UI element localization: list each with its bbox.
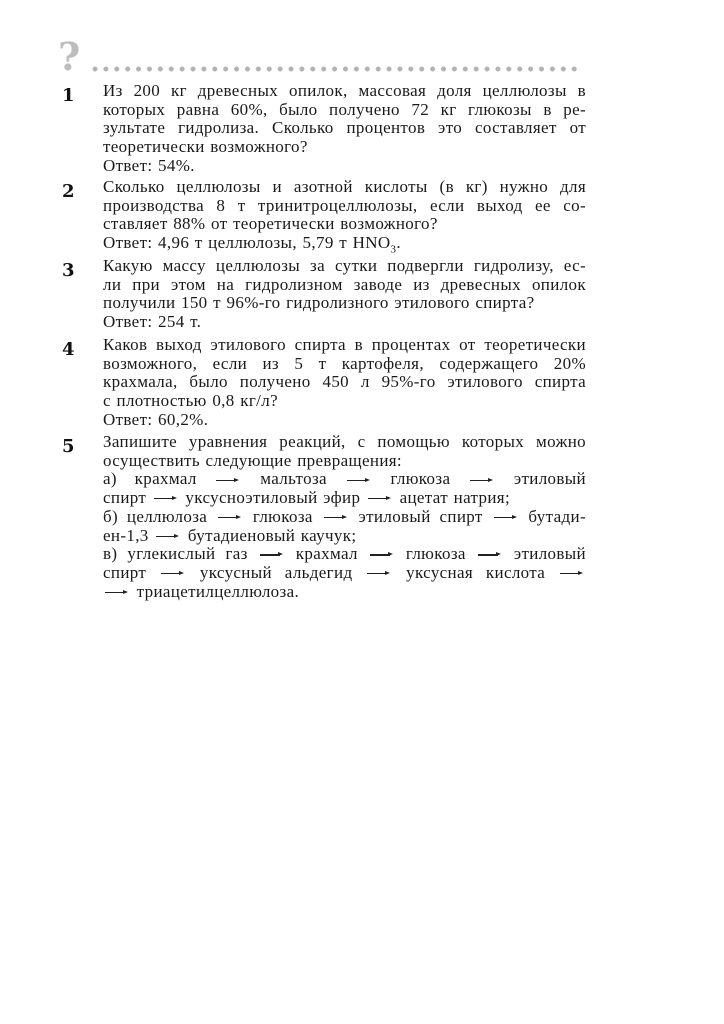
arrow-right-icon <box>218 513 242 523</box>
reaction-chain-line: спирт уксусноэтиловый эфир ацетат натрия… <box>103 489 586 508</box>
task-text: Из 200 кг древесных опилок, массовая дол… <box>103 82 586 176</box>
substance-name: глюкоза <box>253 507 313 526</box>
substance-name: бутадиеновый каучук; <box>188 526 357 545</box>
answer-suffix: . <box>396 233 401 252</box>
task-answer: Ответ: 60,2%. <box>103 411 586 430</box>
task-number: 5 <box>62 436 75 457</box>
task-line: крахмала, было получено 450 л 95%-го эти… <box>103 373 586 392</box>
arrow-right-icon <box>494 513 518 523</box>
arrow-right-icon <box>324 513 348 523</box>
task-line: с плотностью 0,8 кг/л? <box>103 392 586 411</box>
task-line: Сколько целлюлозы и азотной кислоты (в к… <box>103 178 586 197</box>
task-text: Сколько целлюлозы и азотной кислоты (в к… <box>103 178 586 253</box>
task-answer: Ответ: 54%. <box>103 157 586 176</box>
arrow-right-icon <box>260 550 284 560</box>
arrow-right-icon <box>560 569 584 579</box>
reaction-chain-line: в) углекислый газ крахмал глюкоза этилов… <box>103 545 586 564</box>
substance-name: а) <box>103 469 135 488</box>
question-mark-icon: ? <box>58 38 80 76</box>
dotted-divider <box>92 66 582 72</box>
reaction-chain-line: б) целлюлоза глюкоза этиловый спирт бута… <box>103 508 586 527</box>
task-answer: Ответ: 4,96 т целлюлозы, 5,79 т HNO3. <box>103 234 586 253</box>
reaction-chain-line: спирт уксусный альдегид уксусная кислота <box>103 564 586 583</box>
arrow-right-icon <box>368 494 392 504</box>
task-line: получили 150 т 96%-го гидролизного этило… <box>103 294 586 313</box>
substance-name: глюкоза <box>390 469 450 488</box>
task-number: 1 <box>62 85 75 106</box>
substance-name: в) <box>103 544 127 563</box>
substance-name: этиловый <box>514 544 586 563</box>
task-line: производства 8 т тринитроцеллюлозы, если… <box>103 197 586 216</box>
task-text: Запишите уравнения реакций, с помощью ко… <box>103 433 586 601</box>
reaction-chain-line: а) крахмал мальтоза глюкоза этиловый <box>103 470 586 489</box>
substance-name: б) <box>103 507 127 526</box>
task-line: которых равна 60%, было получено 72 кг г… <box>103 101 586 120</box>
substance-name: крахмал <box>296 544 358 563</box>
substance-name: углекислый газ <box>127 544 247 563</box>
substance-name: ацетат натрия; <box>400 488 511 507</box>
arrow-right-icon <box>105 588 129 598</box>
answer-text: Ответ: 4,96 т целлюлозы, 5,79 т HNO <box>103 233 391 252</box>
arrow-right-icon <box>154 494 178 504</box>
substance-name: этиловый <box>514 469 586 488</box>
reaction-chain-line: триацетилцеллюлоза. <box>103 583 586 602</box>
task-number: 4 <box>62 339 75 360</box>
arrow-right-icon <box>347 476 371 486</box>
task-number: 2 <box>62 181 75 202</box>
task-answer: Ответ: 254 т. <box>103 313 586 332</box>
task-line: теоретически возможного? <box>103 138 586 157</box>
substance-name: спирт <box>103 563 146 582</box>
substance-name: мальтоза <box>260 469 327 488</box>
arrow-right-icon <box>370 550 394 560</box>
substance-name: бутади- <box>528 507 586 526</box>
task-line: Запишите уравнения реакций, с помощью ко… <box>103 433 586 452</box>
arrow-right-icon <box>367 569 391 579</box>
substance-name: этиловый спирт <box>359 507 483 526</box>
arrow-right-icon <box>216 476 240 486</box>
reaction-chain-line: ен-1,3 бутадиеновый каучук; <box>103 527 586 546</box>
arrow-right-icon <box>161 569 185 579</box>
task-line: зультате гидролиза. Сколько процентов эт… <box>103 119 586 138</box>
task-line: ставляет 88% от теоретически возможного? <box>103 215 586 234</box>
arrow-right-icon <box>470 476 494 486</box>
task-line: возможного, если из 5 т картофеля, содер… <box>103 355 586 374</box>
arrow-right-icon <box>478 550 502 560</box>
substance-name: триацетилцеллюлоза. <box>137 582 299 601</box>
task-line: осуществить следующие превращения: <box>103 452 586 471</box>
substance-name: уксусный альдегид <box>200 563 353 582</box>
task-text: Какую массу целлюлозы за сутки подвергли… <box>103 257 586 332</box>
task-line: Из 200 кг древесных опилок, массовая дол… <box>103 82 586 101</box>
task-line: Каков выход этилового спирта в процентах… <box>103 336 586 355</box>
exercise-header: ? <box>58 38 598 78</box>
reaction-chains: а) крахмал мальтоза глюкоза этиловый спи… <box>103 470 586 601</box>
arrow-right-icon <box>156 532 180 542</box>
substance-name: ен-1,3 <box>103 526 149 545</box>
task-text: Каков выход этилового спирта в процентах… <box>103 336 586 430</box>
substance-name: уксусная кислота <box>406 563 545 582</box>
substance-name: целлюлоза <box>127 507 207 526</box>
substance-name: глюкоза <box>406 544 466 563</box>
substance-name: уксусноэтиловый эфир <box>185 488 360 507</box>
substance-name: спирт <box>103 488 146 507</box>
task-line: Какую массу целлюлозы за сутки подвергли… <box>103 257 586 276</box>
substance-name: крахмал <box>135 469 197 488</box>
task-line: ли при этом на гидролизном заводе из дре… <box>103 276 586 295</box>
task-number: 3 <box>62 260 75 281</box>
